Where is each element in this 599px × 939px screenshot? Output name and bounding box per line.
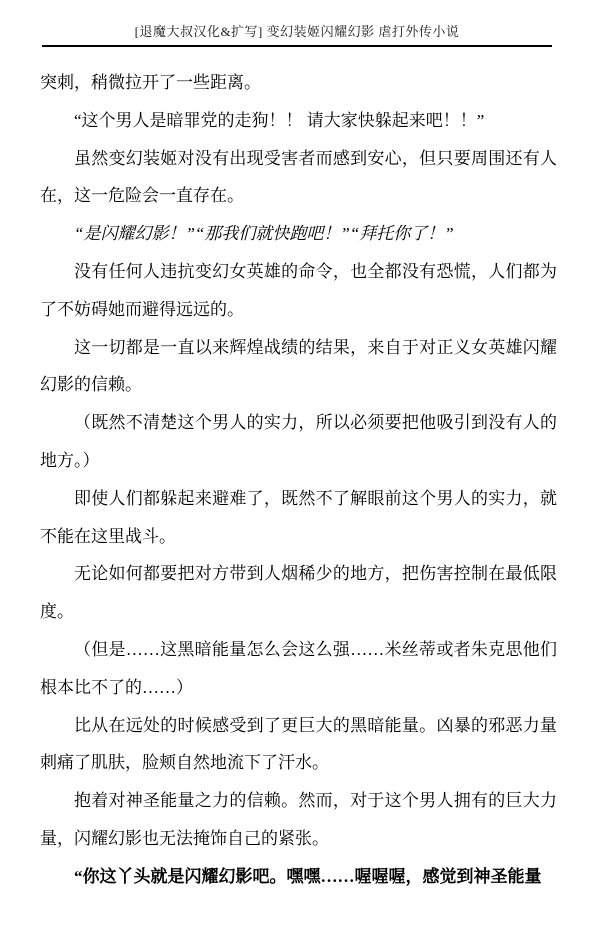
paragraph: （既然不清楚这个男人的实力，所以必须要把他吸引到没有人的地方。） [40,404,557,480]
paragraph: 没有任何人违抗变幻女英雄的命令，也全都没有恐慌，人们都为了不妨碍她而避得远远的。 [40,253,557,329]
page-header-title: [退魔大叔汉化&扩写] 变幻装姬闪耀幻影 虐打外传小说 [42,0,552,47]
paragraph: “你这丫头就是闪耀幻影吧。嘿嘿……喔喔喔，感觉到神圣能量 [40,858,557,896]
paragraph: 比从在远处的时候感受到了更巨大的黑暗能量。凶暴的邪恶力量刺痛了肌肤，脸颊自然地流… [40,707,557,783]
paragraph: 突刺，稍微拉开了一些距离。 [40,64,557,102]
paragraph: 抱着对神圣能量之力的信赖。然而，对于这个男人拥有的巨大力量，闪耀幻影也无法掩饰自… [40,782,557,858]
paragraph: 即使人们都躲起来避难了，既然不了解眼前这个男人的实力，就不能在这里战斗。 [40,480,557,556]
document-body: 突刺，稍微拉开了一些距离。“这个男人是暗罪党的走狗！！ 请大家快躲起来吧！！”虽… [0,47,599,896]
paragraph: 虽然变幻装姬对没有出现受害者而感到安心，但只要周围还有人在，这一危险会一直存在。 [40,140,557,216]
paragraph: 无论如何都要把对方带到人烟稀少的地方，把伤害控制在最低限度。 [40,555,557,631]
document-page: [退魔大叔汉化&扩写] 变幻装姬闪耀幻影 虐打外传小说 突刺，稍微拉开了一些距离… [0,0,599,939]
paragraph: 这一切都是一直以来辉煌战绩的结果，来自于对正义女英雄闪耀幻影的信赖。 [40,329,557,405]
paragraph: “这个男人是暗罪党的走狗！！ 请大家快躲起来吧！！” [40,102,557,140]
paragraph: （但是……这黑暗能量怎么会这么强……米丝蒂或者朱克思他们根本比不了的……） [40,631,557,707]
paragraph: “是闪耀幻影！”“那我们就快跑吧！”“拜托你了！” [40,215,557,253]
